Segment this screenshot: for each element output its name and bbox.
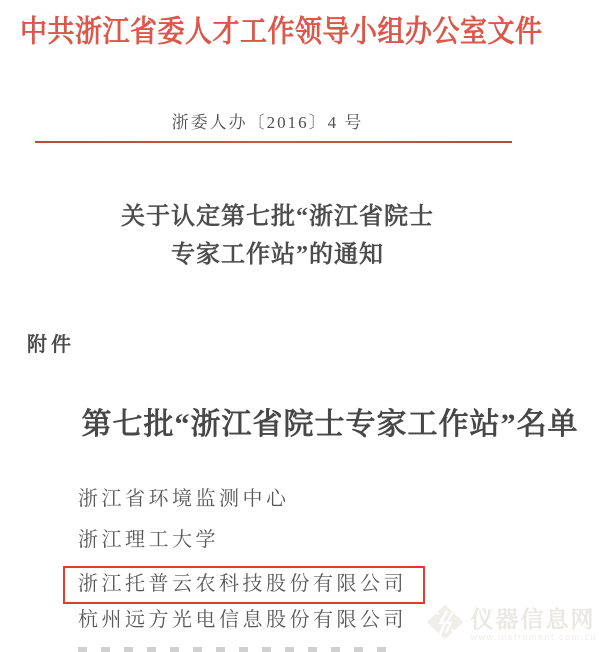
watermark-text: 仪器信息网 www.instrument.com.cn	[470, 607, 597, 642]
highlight-box: 浙江托普云农科技股份有限公司	[63, 566, 425, 604]
document-page: 中共浙江省委人才工作领导小组办公室文件 浙委人办〔2016〕4 号 关于认定第七…	[0, 0, 600, 652]
header-divider-line	[35, 141, 512, 143]
cutoff-next-list-item	[78, 647, 396, 652]
watermark-site-name: 仪器信息网	[470, 607, 595, 631]
document-number: 浙委人办〔2016〕4 号	[0, 108, 535, 133]
list-item-highlighted: 浙江托普云农科技股份有限公司	[63, 566, 425, 604]
list-item: 浙江理工大学	[78, 527, 219, 553]
notice-title-line2: 专家工作站”的通知	[0, 236, 555, 274]
notice-title: 关于认定第七批“浙江省院士 专家工作站”的通知	[0, 198, 555, 274]
watermark-site-url: www.instrument.com.cn	[470, 632, 597, 642]
watermark: 仪器信息网 www.instrument.com.cn	[425, 603, 597, 646]
notice-title-line1: 关于认定第七批“浙江省院士	[0, 198, 555, 236]
attachment-label: 附件	[27, 328, 75, 357]
list-heading: 第七批“浙江省院士专家工作站”名单	[60, 399, 600, 443]
list-item: 杭州远方光电信息股份有限公司	[78, 607, 407, 633]
document-header-title: 中共浙江省委人才工作领导小组办公室文件	[20, 7, 542, 51]
list-item: 浙江省环境监测中心	[78, 486, 290, 512]
instrument-info-logo-icon	[425, 603, 465, 646]
